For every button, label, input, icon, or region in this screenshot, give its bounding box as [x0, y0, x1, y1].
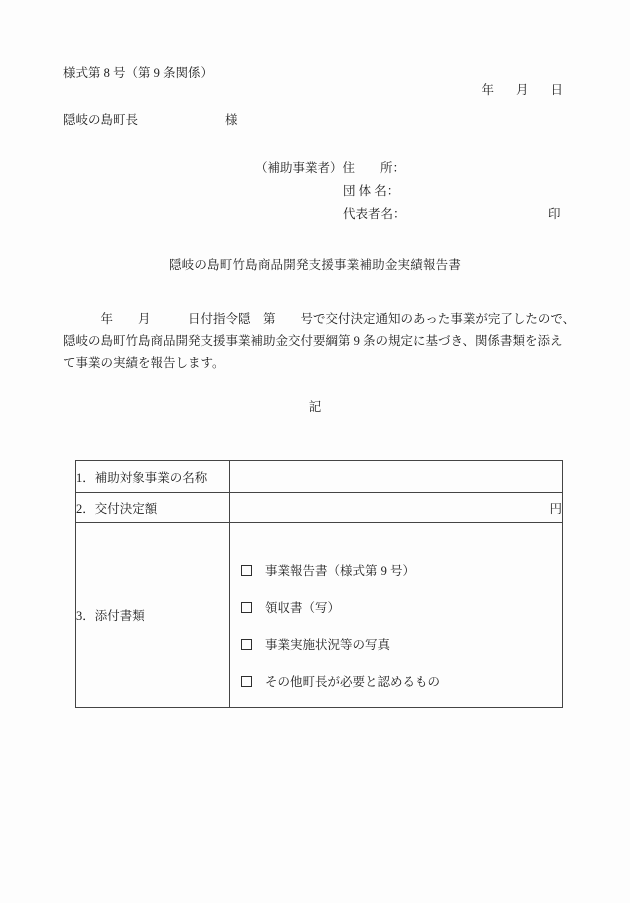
- applicant-group-name-line: 団 体 名：: [0, 180, 630, 203]
- applicant-representative-line: 代表者名：: [0, 203, 630, 226]
- attachment-item: その他町長が必要と認めるもの: [241, 671, 554, 693]
- date-day-label: 日: [550, 81, 563, 99]
- attachment-label: 領収書（写）: [265, 597, 340, 619]
- body-line: 年 月 日付指令隠 第 号で交付決定通知のあった事業が完了したので、: [63, 308, 575, 330]
- attachment-label: その他町長が必要と認めるもの: [265, 671, 440, 693]
- checkbox-icon: [241, 676, 252, 687]
- attachment-item: 領収書（写）: [241, 597, 554, 619]
- attachment-item: 事業実施状況等の写真: [241, 634, 554, 656]
- checkbox-icon: [241, 565, 252, 576]
- table-row-project-name: 1．補助対象事業の名称: [76, 461, 563, 493]
- attachments-cell: 事業報告書（様式第 9 号） 領収書（写） 事業実施状況等の写真 その他町長が必…: [230, 523, 563, 708]
- document-title: 隠岐の島町竹島商品開発支援事業補助金実績報告書: [0, 256, 630, 274]
- applicant-prefix-line: （補助事業者）住 所：: [0, 157, 630, 180]
- date-line: 年 月 日: [0, 81, 563, 99]
- grant-amount-value-cell: 円: [230, 493, 563, 523]
- checkbox-icon: [241, 639, 252, 650]
- table-row-grant-amount: 2．交付決定額 円: [76, 493, 563, 523]
- applicant-block: （補助事業者）住 所： 団 体 名： 代表者名： 印: [0, 157, 630, 226]
- attachment-label: 事業実施状況等の写真: [265, 634, 390, 656]
- addressee-honorific: 様: [225, 113, 238, 127]
- addressee-name: 隠岐の島町長: [63, 113, 138, 127]
- report-table: 1．補助対象事業の名称 2．交付決定額 円 3．添付書類 事業報告書（様式第 9…: [75, 460, 563, 708]
- attachment-list: 事業報告書（様式第 9 号） 領収書（写） 事業実施状況等の写真 その他町長が必…: [230, 538, 562, 693]
- row-label-project-name: 1．補助対象事業の名称: [76, 461, 230, 493]
- body-line: て事業の実績を報告します。: [63, 352, 575, 374]
- table-row-attachments: 3．添付書類 事業報告書（様式第 9 号） 領収書（写） 事業実施状況等の写真: [76, 523, 563, 708]
- seal-mark: 印: [548, 203, 561, 226]
- applicant-address-label: 住 所：: [343, 161, 406, 175]
- applicant-prefix: （補助事業者）: [255, 161, 343, 175]
- row-label-grant-amount: 2．交付決定額: [76, 493, 230, 523]
- body-paragraph: 年 月 日付指令隠 第 号で交付決定通知のあった事業が完了したので、 隠岐の島町…: [63, 308, 575, 374]
- addressee-line: 隠岐の島町長様: [63, 111, 238, 129]
- section-marker: 記: [0, 398, 630, 416]
- currency-unit-label: 円: [549, 502, 562, 516]
- date-month-label: 月: [516, 81, 529, 99]
- body-line: 隠岐の島町竹島商品開発支援事業補助金交付要綱第 9 条の規定に基づき、関係書類を…: [63, 330, 575, 352]
- date-year-label: 年: [481, 81, 494, 99]
- applicant-group-name-label: 団 体 名：: [343, 184, 399, 198]
- applicant-representative-label: 代表者名：: [343, 207, 406, 221]
- form-number: 様式第 8 号（第 9 条関係）: [63, 64, 213, 82]
- row-label-attachments: 3．添付書類: [76, 523, 230, 708]
- attachment-label: 事業報告書（様式第 9 号）: [265, 560, 415, 582]
- checkbox-icon: [241, 602, 252, 613]
- project-name-value-cell: [230, 461, 563, 493]
- document-page: 様式第 8 号（第 9 条関係） 年 月 日 隠岐の島町長様 （補助事業者）住 …: [0, 0, 630, 903]
- attachment-item: 事業報告書（様式第 9 号）: [241, 560, 554, 582]
